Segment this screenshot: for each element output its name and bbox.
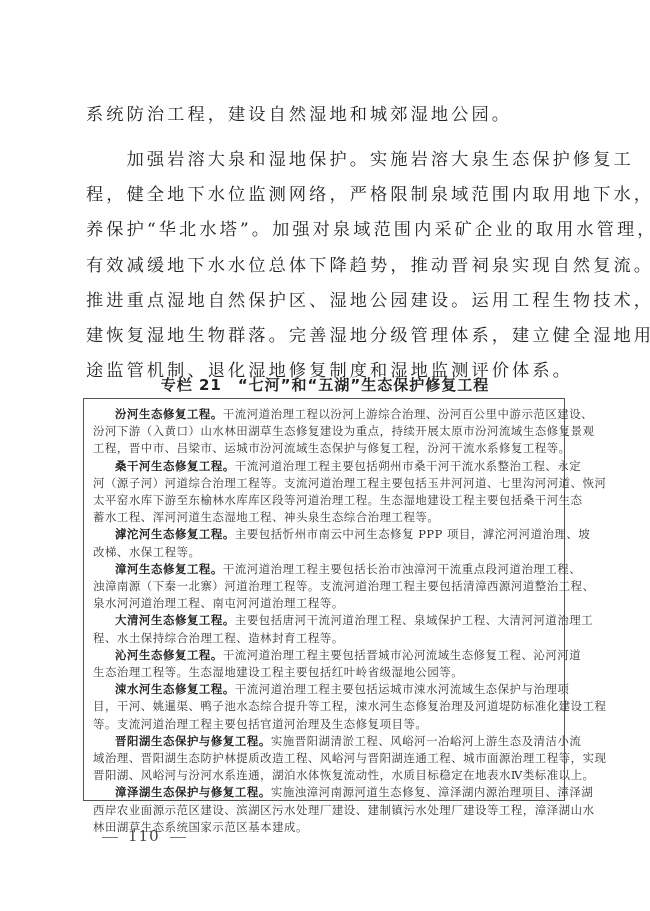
entry-text: 改梯、水保工程等。 — [93, 544, 554, 561]
entry-heading: 晋阳湖生态保护与修复工程。 — [115, 734, 271, 748]
entry-text: 干流河道治理工程以汾河上游综合治理、汾河百公里中游示范区建设、 — [223, 407, 593, 421]
entry-text: 干流河道治理工程主要包括运城市涑水河流域生态保护与治理项 — [235, 682, 569, 696]
entry-text: 干流河道治理工程主要包括朔州市桑干河干流水系整治工程、永定 — [235, 459, 581, 473]
entry-fenhe: 汾河生态修复工程。干流河道治理工程以汾河上游综合治理、汾河百公里中游示范区建设、… — [93, 406, 554, 458]
sidebar-box-title: 专栏 21 “七河”和“五湖”生态保护修复工程 — [0, 374, 650, 395]
dash-decoration — [170, 837, 186, 838]
body-paragraph-karst-springs: 加强岩溶大泉和湿地保护。实施岩溶大泉生态保护修复工 程，健全地下水位监测网络，严… — [86, 143, 568, 389]
entry-heading: 涑水河生态修复工程。 — [115, 682, 235, 696]
entry-heading: 大清河生态修复工程。 — [115, 613, 235, 627]
entry-text: 工程，晋中市、吕梁市、运城市汾河流域生态保护与修复工程，汾河干流水系修复工程等。 — [93, 440, 554, 457]
text-line: 系统防治工程，建设自然湿地和城郊湿地公园。 — [86, 98, 568, 133]
entry-heading: 漳河生态修复工程。 — [115, 562, 223, 576]
entry-text: 等。支流河道治理工程主要包括官道河治理及生态修复项目等。 — [93, 716, 554, 733]
entry-heading: 漳泽湖生态保护与修复工程。 — [115, 785, 271, 799]
entry-text: 晋阳湖、风峪河与汾河水系连通，湖泊水体恢复流动性，水质目标稳定在地表水Ⅳ类标准以… — [93, 767, 554, 784]
entry-sushui: 涑水河生态修复工程。干流河道治理工程主要包括运城市涑水河流域生态保护与治理项 目… — [93, 681, 554, 733]
entry-text: 浊漳南源（下秦一北寨）河道治理工程等。支流河道治理工程主要包括清漳西源河道整治工… — [93, 578, 554, 595]
entry-text: 西岸农业面源示范区建设、滨湖区污水处理厂建设、建制镇污水处理厂建设等工程，漳泽湖… — [93, 802, 554, 819]
entry-text: 程、水土保持综合治理工程、造林封育工程等。 — [93, 630, 554, 647]
entry-text: 汾河下游（入黄口）山水林田湖草生态修复建设为重点，持续开展太原市汾河流域生态修复… — [93, 423, 554, 440]
entry-heading: 沁河生态修复工程。 — [115, 648, 223, 662]
entry-hutuo: 滹沱河生态修复工程。主要包括忻州市南云中河生态修复 PPP 项目，滹沱河河道治理… — [93, 526, 554, 560]
entry-text: 目，干河、姚暹渠、鸭子池水态综合提升等工程，涑水河生态修复治理及河道堤防标准化建… — [93, 698, 554, 715]
text-line: 有效减缓地下水水位总体下降趋势，推动晋祠泉实现自然复流。 — [86, 249, 568, 284]
entry-heading: 滹沱河生态修复工程。 — [115, 527, 235, 541]
text-line: 养保护“华北水塔”。加强对泉域范围内采矿企业的取用水管理， — [86, 213, 568, 248]
entry-text: 实施浊漳河南源河道生态修复、漳泽湖内源治理项目、漳泽湖 — [271, 785, 593, 799]
entry-text: 主要包括唐河干流河道治理工程、泉域保护工程、大清河河道治理工 — [235, 613, 593, 627]
entry-heading: 汾河生态修复工程。 — [115, 407, 223, 421]
entry-text: 蓄水工程、浑河河道生态湿地工程、神头泉生态综合治理工程等。 — [93, 509, 554, 526]
entry-text: 主要包括忻州市南云中河生态修复 PPP 项目，滹沱河河道治理、坡 — [235, 527, 590, 541]
page-number-text: 110 — [128, 827, 160, 845]
entry-text: 实施晋阳湖清淤工程、风峪河一冶峪河上游生态及清洁小流 — [271, 734, 581, 748]
entry-text: 河（源子河）河道综合治理工程等。支流河道治理工程主要包括玉井河河道、七里沟河河道… — [93, 475, 554, 492]
entry-text: 干流河道治理工程主要包括长治市浊漳河干流重点段河道治理工程、 — [223, 562, 581, 576]
dash-decoration — [102, 837, 118, 838]
entry-text: 太平窑水库下游至东榆林水库库区段等河道治理工程。生态湿地建设工程主要包括桑干河生… — [93, 492, 554, 509]
page-number: 110 — [92, 827, 196, 845]
text-line: 程，健全地下水位监测网络，严格限制泉域范围内取用地下水，涵 — [86, 178, 568, 213]
text-line: 加强岩溶大泉和湿地保护。实施岩溶大泉生态保护修复工 — [86, 143, 568, 178]
entry-heading: 桑干河生态修复工程。 — [115, 459, 235, 473]
entry-zhanghe: 漳河生态修复工程。干流河道治理工程主要包括长治市浊漳河干流重点段河道治理工程、 … — [93, 561, 554, 613]
entry-daqing: 大清河生态修复工程。主要包括唐河干流河道治理工程、泉域保护工程、大清河河道治理工… — [93, 612, 554, 646]
entry-text: 干流河道治理工程主要包括晋城市沁河流域生态修复工程、沁河河道 — [223, 648, 581, 662]
entry-text: 泉水河河道治理工程、南屯河河道治理工程等。 — [93, 595, 554, 612]
body-paragraph-continuation: 系统防治工程，建设自然湿地和城郊湿地公园。 — [86, 98, 568, 133]
entry-qinhe: 沁河生态修复工程。干流河道治理工程主要包括晋城市沁河流域生态修复工程、沁河河道 … — [93, 647, 554, 681]
text-line: 建恢复湿地生物群落。完善湿地分级管理体系，建立健全湿地用 — [86, 319, 568, 354]
sidebar-box: 汾河生态修复工程。干流河道治理工程以汾河上游综合治理、汾河百公里中游示范区建设、… — [83, 398, 565, 801]
entry-jinyang-lake: 晋阳湖生态保护与修复工程。实施晋阳湖清淤工程、风峪河一冶峪河上游生态及清洁小流 … — [93, 733, 554, 785]
entry-sanggan: 桑干河生态修复工程。干流河道治理工程主要包括朔州市桑干河干流水系整治工程、永定 … — [93, 458, 554, 527]
text-line: 推进重点湿地自然保护区、湿地公园建设。运用工程生物技术，重 — [86, 284, 568, 319]
entry-text: 域治理、晋阳湖生态防护林提质改造工程、风峪河与晋阳湖连通工程、城市面源治理工程等… — [93, 750, 554, 767]
entry-text: 生态治理工程等。生态湿地建设工程主要包括红叶岭省级湿地公园等。 — [93, 664, 554, 681]
